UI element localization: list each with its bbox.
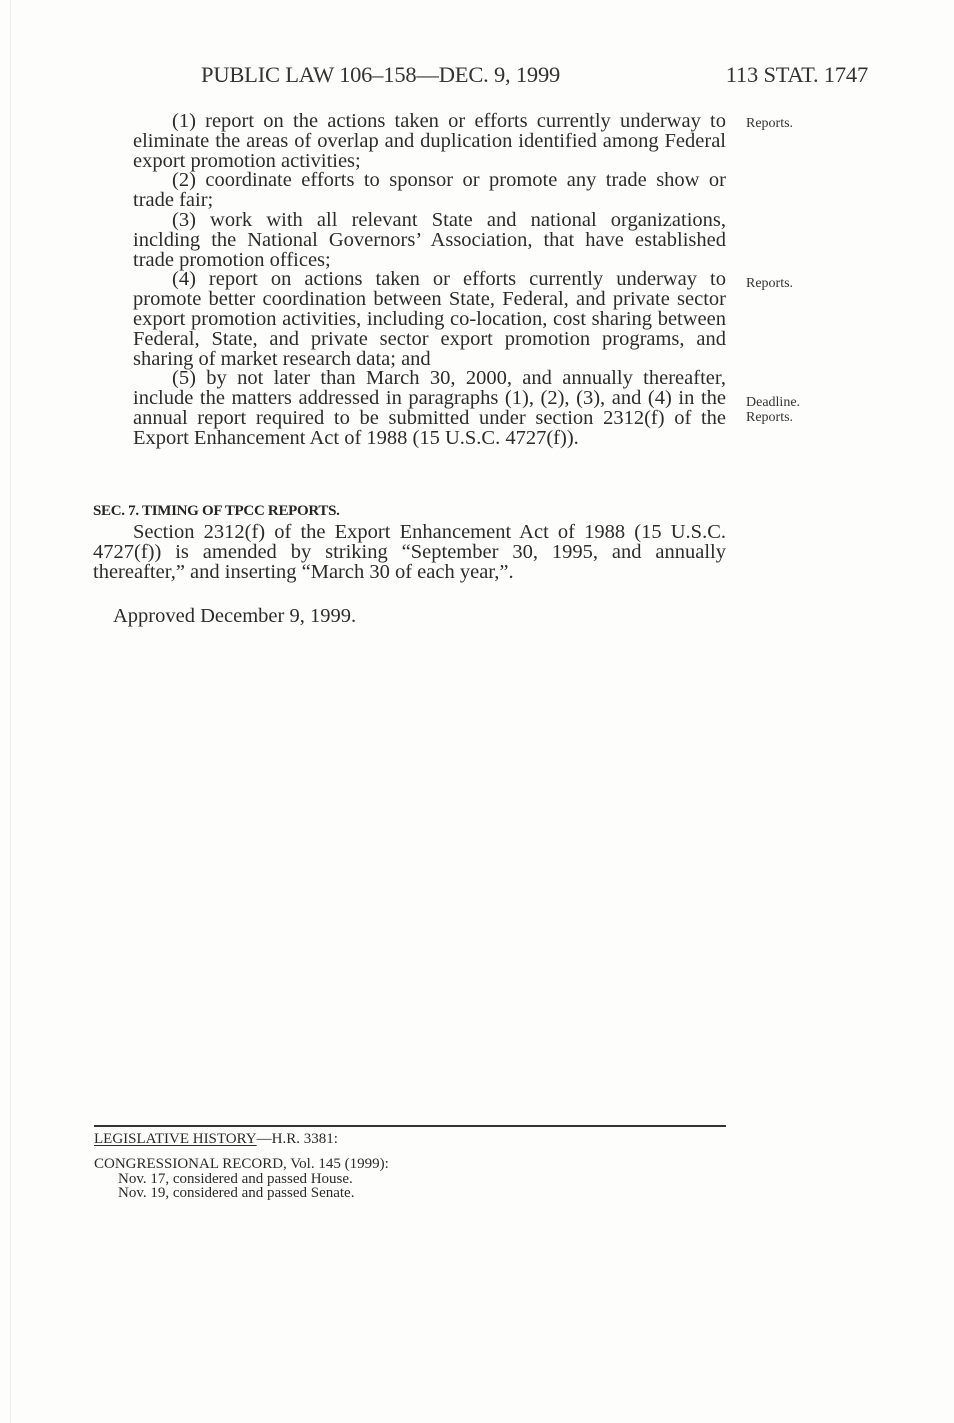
- legislative-history-heading: LEGISLATIVE HISTORY—H.R. 3381:: [94, 1131, 338, 1148]
- section-7-heading: SEC. 7. TIMING OF TPCC REPORTS.: [93, 503, 340, 520]
- section-7-body: Section 2312(f) of the Export Enhancemen…: [93, 523, 726, 582]
- paragraph-list: (1) report on the actions taken or effor…: [133, 112, 726, 449]
- congressional-record-title: CONGRESSIONAL RECORD, Vol. 145 (1999):: [94, 1157, 389, 1172]
- approval-date: Approved December 9, 1999.: [113, 605, 356, 628]
- record-entry-house: Nov. 17, considered and passed House.: [94, 1172, 389, 1187]
- running-head: PUBLIC LAW 106–158—DEC. 9, 1999 113 STAT…: [201, 62, 868, 90]
- paragraph-4: (4) report on actions taken or efforts c…: [133, 270, 726, 369]
- margin-note-deadline-5: Deadline.: [746, 395, 800, 410]
- running-head-law: PUBLIC LAW 106–158—DEC. 9, 1999: [201, 62, 560, 88]
- congressional-record: CONGRESSIONAL RECORD, Vol. 145 (1999): N…: [94, 1157, 389, 1201]
- legislative-history-title: LEGISLATIVE HISTORY: [94, 1131, 257, 1147]
- margin-note-reports-4: Reports.: [746, 276, 793, 291]
- paragraph-1: (1) report on the actions taken or effor…: [133, 112, 726, 171]
- paragraph-5: (5) by not later than March 30, 2000, an…: [133, 369, 726, 448]
- record-entry-senate: Nov. 19, considered and passed Senate.: [94, 1186, 389, 1201]
- margin-note-reports-1: Reports.: [746, 116, 793, 131]
- footnote-rule: [94, 1125, 726, 1127]
- legislative-history-bill: —H.R. 3381:: [257, 1131, 338, 1147]
- running-head-stat-page: 113 STAT. 1747: [726, 62, 868, 88]
- paragraph-2: (2) coordinate efforts to sponsor or pro…: [133, 171, 726, 211]
- scan-edge-line: [10, 0, 11, 1423]
- margin-note-reports-5: Reports.: [746, 410, 793, 425]
- paragraph-3: (3) work with all relevant State and nat…: [133, 211, 726, 270]
